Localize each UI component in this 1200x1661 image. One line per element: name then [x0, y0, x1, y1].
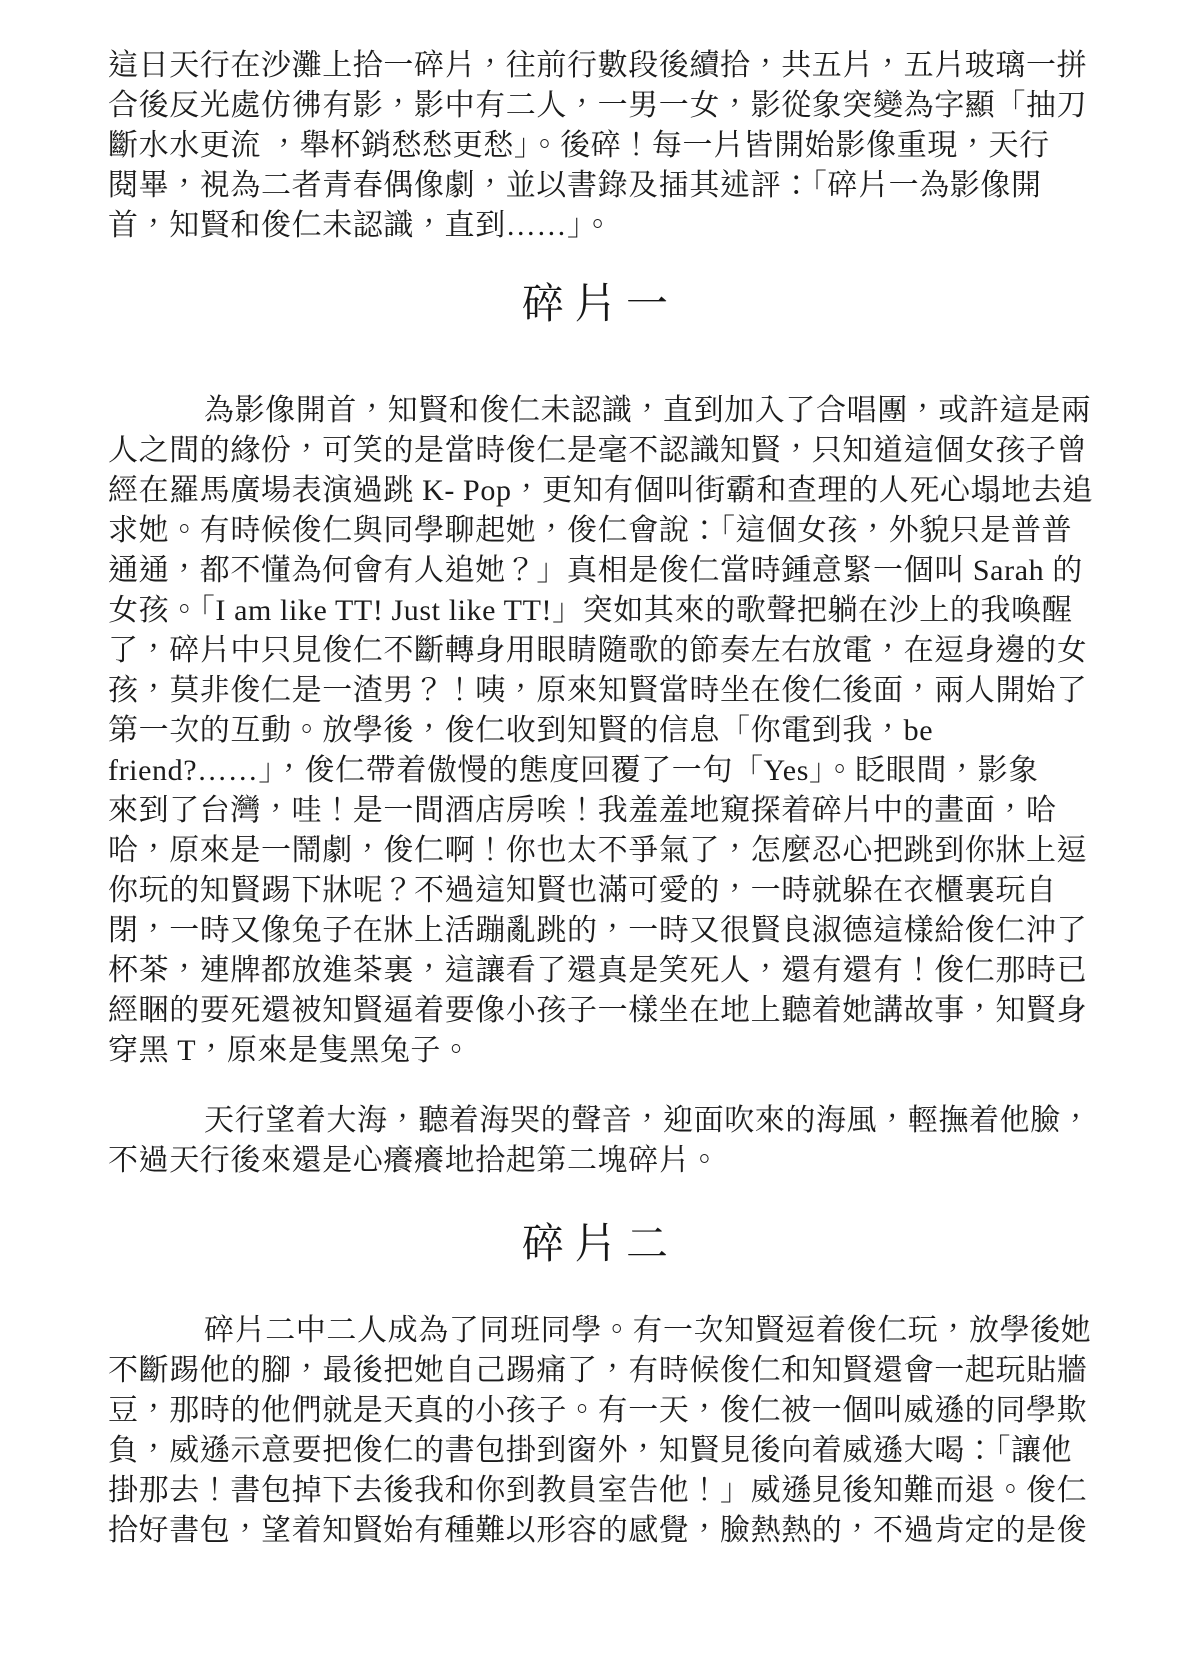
text-line: 哈，原來是一鬧劇，俊仁啊！你也太不爭氣了，怎麼忍心把跳到你牀上逗	[108, 831, 1092, 871]
text-line: 來到了台灣，哇！是一間酒店房唉！我羞羞地窺探着碎片中的畫面，哈	[108, 791, 1092, 831]
text-line: 人之間的緣份，可笑的是當時俊仁是毫不認識知賢，只知道這個女孩子曾	[108, 431, 1092, 471]
text-line: 負，威遜示意要把俊仁的書包掛到窗外，知賢見後向着威遜大喝：「讓他	[108, 1431, 1092, 1471]
text-line: 求她。有時候俊仁與同學聊起她，俊仁會說：「這個女孩，外貌只是普普	[108, 511, 1092, 551]
text-line: 經在羅馬廣場表演過跳 K- Pop，更知有個叫街霸和查理的人死心塌地去追	[108, 471, 1092, 511]
fragment-two-heading: 碎片二	[108, 1221, 1092, 1269]
text-line: 閉，一時又像兔子在牀上活蹦亂跳的，一時又很賢良淑德這樣給俊仁沖了	[108, 911, 1092, 951]
text-line: 碎片二中二人成為了同班同學。有一次知賢逗着俊仁玩，放學後她	[108, 1311, 1092, 1351]
text-line: 拾好書包，望着知賢始有種難以形容的感覺，臉熱熱的，不過肯定的是俊	[108, 1511, 1092, 1551]
text-line: 第一次的互動。放學後，俊仁收到知賢的信息「你電到我，be	[108, 711, 1092, 751]
text-line: 不過天行後來還是心癢癢地拾起第二塊碎片。	[108, 1141, 1092, 1181]
intro-paragraph: 這日天行在沙灘上拾一碎片，往前行數段後續拾，共五片，五片玻璃一拼合後反光處仿彿有…	[108, 46, 1092, 246]
text-line: 為影像開首，知賢和俊仁未認識，直到加入了合唱團，或許這是兩	[108, 391, 1092, 431]
document-page: 這日天行在沙灘上拾一碎片，往前行數段後續拾，共五片，五片玻璃一拼合後反光處仿彿有…	[0, 0, 1200, 1661]
text-line: 天行望着大海，聽着海哭的聲音，迎面吹來的海風，輕撫着他臉，	[108, 1101, 1092, 1141]
text-line: 孩，莫非俊仁是一渣男？！咦，原來知賢當時坐在俊仁後面，兩人開始了	[108, 671, 1092, 711]
fragment-two-paragraph: 碎片二中二人成為了同班同學。有一次知賢逗着俊仁玩，放學後她不斷踢他的腳，最後把她…	[108, 1311, 1092, 1551]
text-line: 這日天行在沙灘上拾一碎片，往前行數段後續拾，共五片，五片玻璃一拼	[108, 46, 1092, 86]
text-line: friend?……」，俊仁帶着傲慢的態度回覆了一句「Yes」。眨眼間，影象	[108, 751, 1092, 791]
text-line: 掛那去！書包掉下去後我和你到教員室告他！」威遜見後知難而退。俊仁	[108, 1471, 1092, 1511]
text-line: 合後反光處仿彿有影，影中有二人，一男一女，影從象突變為字顯「抽刀	[108, 86, 1092, 126]
text-line: 了，碎片中只見俊仁不斷轉身用眼睛隨歌的節奏左右放電，在逗身邊的女	[108, 631, 1092, 671]
text-line: 女孩。「I am like TT! Just like TT!」突如其來的歌聲把…	[108, 591, 1092, 631]
text-line: 不斷踢他的腳，最後把她自己踢痛了，有時候俊仁和知賢還會一起玩貼牆	[108, 1351, 1092, 1391]
text-line: 你玩的知賢踢下牀呢？不過這知賢也滿可愛的，一時就躲在衣櫃裏玩自	[108, 871, 1092, 911]
text-line: 穿黑 T，原來是隻黑兔子。	[108, 1031, 1092, 1071]
fragment-one-heading: 碎片一	[108, 281, 1092, 329]
fragment-one-paragraph: 為影像開首，知賢和俊仁未認識，直到加入了合唱團，或許這是兩人之間的緣份，可笑的是…	[108, 391, 1092, 1071]
text-line: 豆，那時的他們就是天真的小孩子。有一天，俊仁被一個叫威遜的同學欺	[108, 1391, 1092, 1431]
text-line: 杯茶，連牌都放進茶裏，這讓看了還真是笑死人，還有還有！俊仁那時已	[108, 951, 1092, 991]
text-line: 通通，都不懂為何會有人追她？」真相是俊仁當時鍾意緊一個叫 Sarah 的	[108, 551, 1092, 591]
text-line: 斷水水更流 ，舉杯銷愁愁更愁」。後碎！每一片皆開始影像重現，天行	[108, 126, 1092, 166]
sea-interlude-paragraph: 天行望着大海，聽着海哭的聲音，迎面吹來的海風，輕撫着他臉，不過天行後來還是心癢癢…	[108, 1101, 1092, 1181]
text-line: 首，知賢和俊仁未認識，直到……」。	[108, 206, 1092, 246]
text-line: 閱畢，視為二者青春偶像劇，並以書錄及插其述評：「碎片一為影像開	[108, 166, 1092, 206]
text-line: 經睏的要死還被知賢逼着要像小孩子一樣坐在地上聽着她講故事，知賢身	[108, 991, 1092, 1031]
